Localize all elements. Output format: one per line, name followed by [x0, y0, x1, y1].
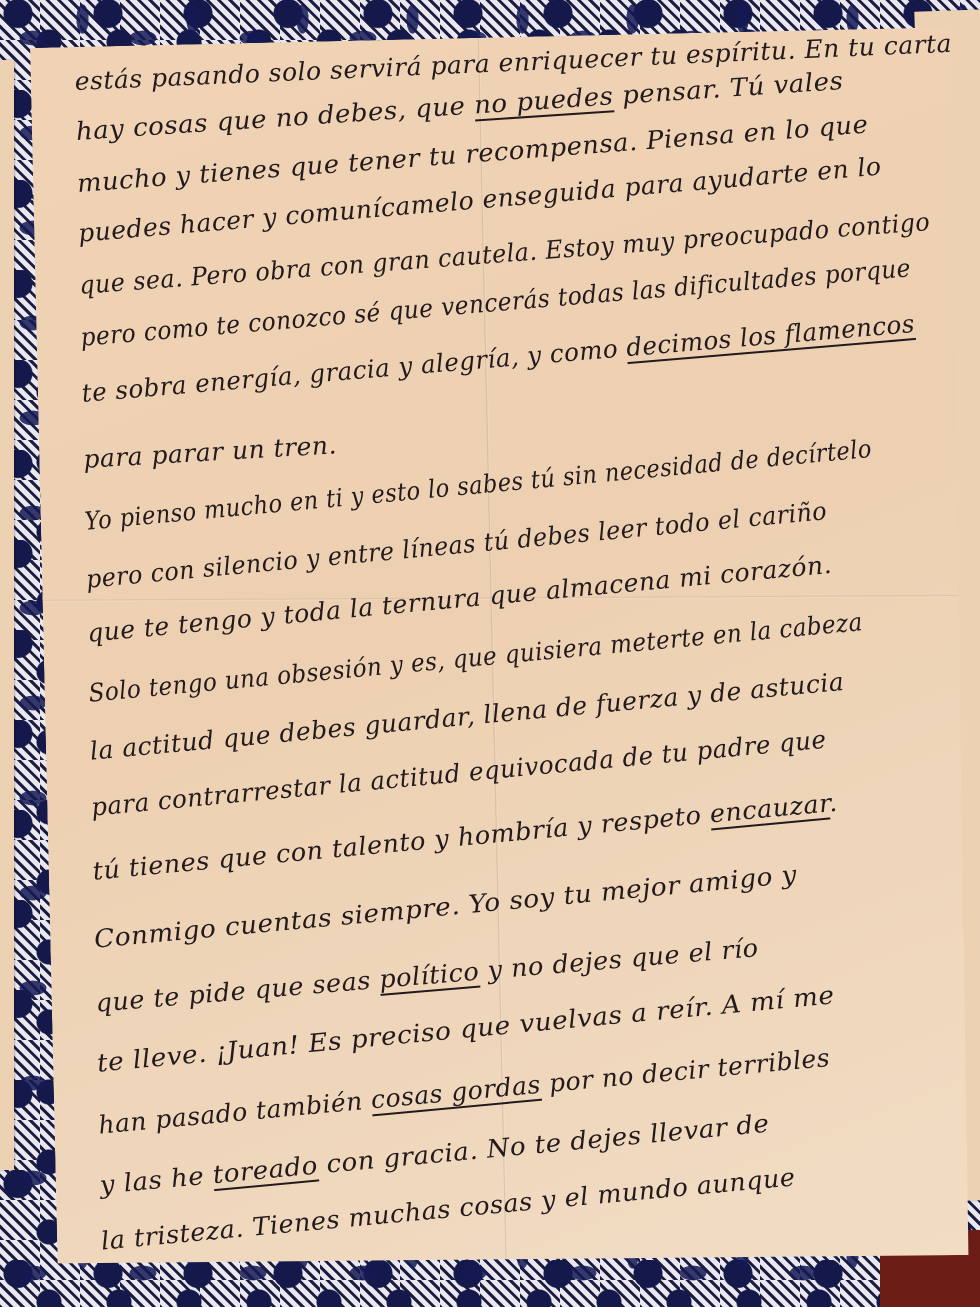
- underlined-phrase: no puedes: [473, 81, 614, 119]
- letter-page: estás pasando solo servirá para enriquec…: [30, 27, 978, 1276]
- underlined-phrase: decimos los flamencos: [625, 309, 916, 362]
- underlined-phrase: cosas gordas: [370, 1070, 542, 1115]
- underlined-phrase: toreado: [211, 1151, 319, 1190]
- underlined-phrase: político: [378, 957, 480, 994]
- underlined-phrase: encauzar: [709, 789, 831, 829]
- handwritten-text: estás pasando solo servirá para enriquec…: [74, 48, 920, 67]
- adjacent-letter-page-left: [0, 60, 14, 1170]
- letter-line: para parar un tren.: [83, 430, 338, 474]
